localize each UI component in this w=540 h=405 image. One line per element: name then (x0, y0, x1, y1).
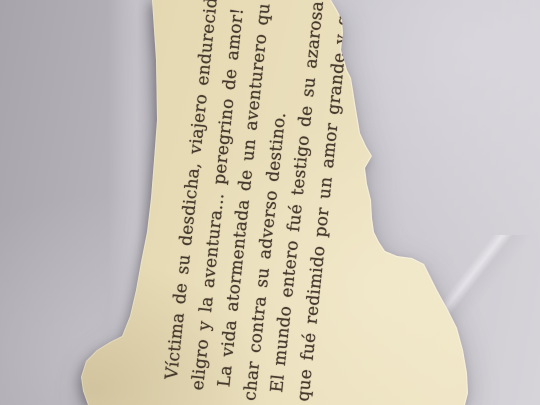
paper-scrap: Víctima de su desdicha, viajero endureci… (0, 0, 540, 405)
paper-shadow-wrapper: Víctima de su desdicha, viajero endureci… (0, 0, 540, 405)
printed-text-block: Víctima de su desdicha, viajero endureci… (157, 0, 365, 405)
photo-background: Víctima de su desdicha, viajero endureci… (0, 0, 540, 405)
